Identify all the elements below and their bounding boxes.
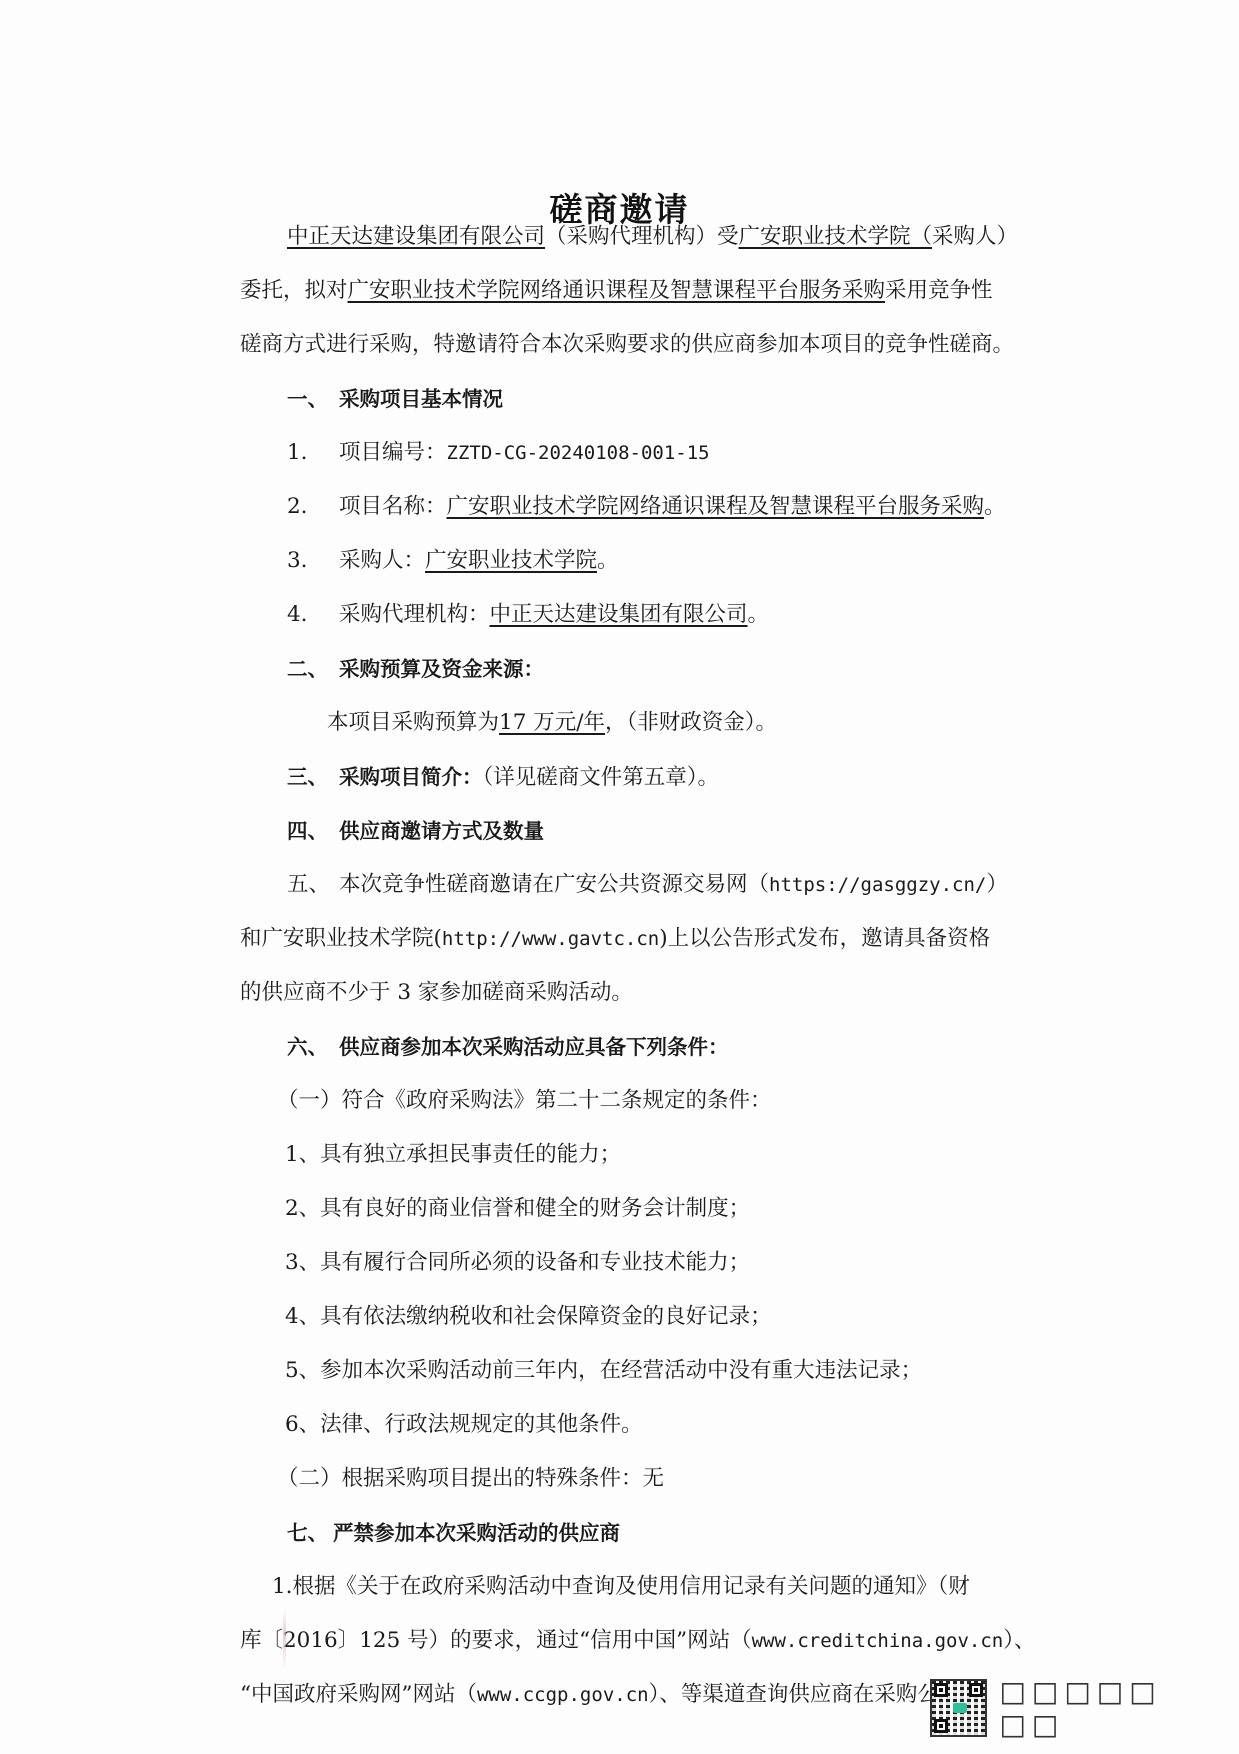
section-1-item: 2.项目名称：广安职业技术学院网络通识课程及智慧课程平台服务采购。 [287, 492, 1006, 522]
section-7-heading: 七、严禁参加本次采购活动的供应商 [287, 1518, 620, 1548]
section-6-heading: 六、供应商参加本次采购活动应具备下列条件： [287, 1032, 729, 1062]
purchaser-name: 广安职业技术学院（ [739, 224, 933, 249]
footer-watermark: □□□□□ □□ [930, 1675, 1239, 1741]
section-1-item: 3.采购人：广安职业技术学院。 [287, 546, 619, 576]
scan-artifact [283, 1610, 286, 1670]
section-7-line-1: 1.根据《关于在政府采购活动中查询及使用信用记录有关问题的通知》（财 [272, 1572, 970, 1602]
project-number: ZZTD-CG-20240108-001-15 [447, 442, 710, 464]
condition-item: 2、具有良好的商业信誉和健全的财务会计制度； [285, 1194, 750, 1224]
section-1-heading: 一、采购项目基本情况 [287, 384, 503, 414]
section-5-line-2: 和广安职业技术学院(http://www.gavtc.cn)上以公告形式发布，邀… [240, 924, 990, 954]
section-6-sub-1: （一）符合《政府采购法》第二十二条规定的条件： [277, 1086, 772, 1116]
budget-line: 本项目采购预算为17 万元/年，（非财政资金）。 [327, 708, 777, 738]
budget-value: 17 万元/年 [499, 710, 605, 735]
section-7-line-2: 库〔2016〕125 号）的要求，通过“信用中国”网站（www.creditch… [240, 1626, 1036, 1656]
section-2-heading: 二、采购预算及资金来源： [287, 654, 544, 684]
condition-item: 3、具有履行合同所必须的设备和专业技术能力； [285, 1248, 750, 1278]
section-1-item: 1.项目编号：ZZTD-CG-20240108-001-15 [287, 438, 710, 468]
intro-line-1: 中正天达建设集团有限公司（采购代理机构）受广安职业技术学院（采购人） [287, 222, 1018, 252]
section-7-line-3: “中国政府采购网”网站（www.ccgp.gov.cn）、等渠道查询供应商在采购… [240, 1680, 982, 1710]
section-5-line-3: 的供应商不少于 3 家参加磋商采购活动。 [240, 978, 633, 1008]
section-4-heading: 四、供应商邀请方式及数量 [287, 816, 544, 846]
condition-item: 5、参加本次采购活动前三年内，在经营活动中没有重大违法记录； [285, 1356, 922, 1386]
qr-code-icon[interactable] [930, 1679, 987, 1737]
condition-item: 1、具有独立承担民事责任的能力； [285, 1140, 621, 1170]
link-gavtc[interactable]: http://www.gavtc.cn [442, 928, 659, 950]
intro-line-2: 委托，拟对广安职业技术学院网络通识课程及智慧课程平台服务采购采用竞争性 [240, 276, 993, 306]
section-5-line-1: 五、本次竞争性磋商邀请在广安公共资源交易网（https://gasggzy.cn… [287, 870, 1008, 900]
footer-text: □□□□□ □□ [999, 1675, 1239, 1741]
document-page: 磋商邀请 中正天达建设集团有限公司（采购代理机构）受广安职业技术学院（采购人） … [0, 0, 1239, 1754]
condition-item: 4、具有依法缴纳税收和社会保障资金的良好记录； [285, 1302, 772, 1332]
section-3: 三、采购项目简介：（详见磋商文件第五章）。 [287, 762, 719, 793]
link-gasggzy[interactable]: https://gasggzy.cn/ [769, 874, 986, 896]
link-ccgp[interactable]: www.ccgp.gov.cn [477, 1684, 649, 1706]
section-6-sub-2: （二）根据采购项目提出的特殊条件：无 [277, 1464, 664, 1494]
intro-line-3: 磋商方式进行采购，特邀请符合本次采购要求的供应商参加本项目的竞争性磋商。 [240, 330, 1014, 360]
link-creditchina[interactable]: www.creditchina.gov.cn [752, 1630, 1004, 1652]
project-name: 广安职业技术学院网络通识课程及智慧课程平台服务采购 [348, 278, 886, 303]
condition-item: 6、法律、行政法规规定的其他条件。 [285, 1410, 643, 1440]
agency-name: 中正天达建设集团有限公司 [287, 224, 545, 249]
section-1-item: 4.采购代理机构：中正天达建设集团有限公司。 [287, 600, 769, 630]
